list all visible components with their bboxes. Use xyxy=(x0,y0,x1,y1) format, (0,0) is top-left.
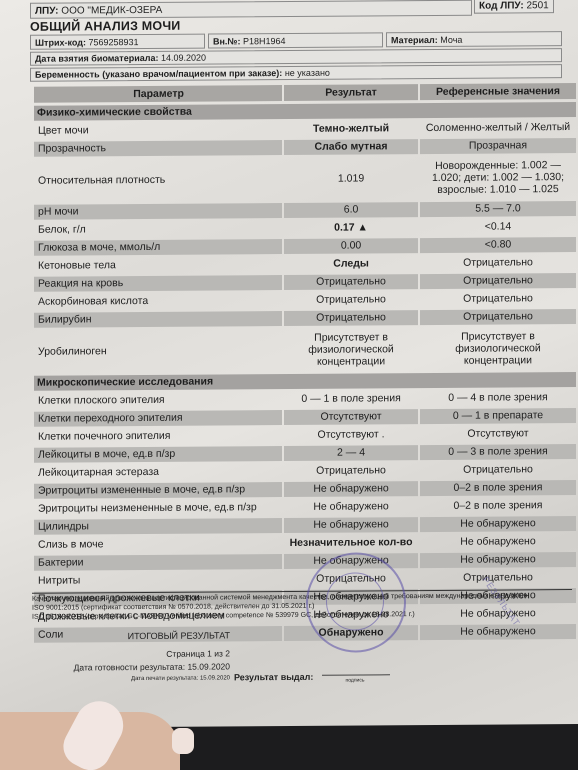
print-date: Дата печати результата: 15.09.2020 xyxy=(80,675,230,682)
pregnancy-value: не указано xyxy=(285,68,330,78)
reference-cell: 0 — 4 в поле зрения xyxy=(420,390,576,406)
table-row: Клетки плоского эпителия0 — 1 в поле зре… xyxy=(34,390,576,409)
table-row: Слизь в мочеНезначительное кол-воНе обна… xyxy=(34,534,576,553)
reference-cell: Отрицательно xyxy=(420,291,576,307)
material-label: Материал: xyxy=(391,35,438,45)
issued-by-label: Результат выдал: xyxy=(234,672,318,683)
lpu-value: ООО "МЕДИК-ОЗЕРА xyxy=(61,5,162,17)
result-cell: Отрицательно xyxy=(284,274,418,290)
reference-cell: Отрицательно xyxy=(420,462,576,478)
material-field: Материал: Моча xyxy=(386,31,562,47)
result-cell: Следы xyxy=(284,256,418,272)
parameter-cell: Цвет мочи xyxy=(34,122,282,139)
result-cell: 0 — 1 в поле зрения xyxy=(284,391,418,407)
sample-date-value: 14.09.2020 xyxy=(161,53,206,63)
table-row: Глюкоза в моче, ммоль/л0.00<0.80 xyxy=(34,237,576,256)
reference-cell: Не обнаружено xyxy=(420,624,576,640)
reference-cell: <0.80 xyxy=(420,237,576,253)
result-cell: Отрицательно xyxy=(284,292,418,308)
table-row: Эритроциты неизмененные в моче, ед.в п/з… xyxy=(34,498,576,517)
parameter-cell: Слизь в моче xyxy=(34,536,282,553)
round-seal-stamp xyxy=(306,552,406,653)
reference-cell: Отрицательно xyxy=(420,273,576,289)
table-header-row: ПараметрРезультатРеференсные значения xyxy=(34,83,576,103)
result-cell: Не обнаружено xyxy=(284,517,418,533)
parameter-cell: Билирубин xyxy=(34,311,282,328)
final-result-label: ИТОГОВЫЙ РЕЗУЛЬТАТ xyxy=(120,630,230,641)
page-number: Страница 1 из 2 xyxy=(120,648,230,659)
print-date-value: 15.09.2020 xyxy=(200,675,230,681)
sample-date-label: Дата взятия биоматериала: xyxy=(35,53,158,64)
document-title: ОБЩИЙ АНАЛИЗ МОЧИ xyxy=(30,19,180,34)
table-row: СолиОбнаруженоНе обнаружено xyxy=(34,624,576,643)
table-row: Цвет мочиТемно-желтыйСоломенно-желтый / … xyxy=(34,120,576,139)
lpu-code-label: Код ЛПУ: xyxy=(479,0,524,11)
material-value: Моча xyxy=(440,35,462,45)
result-cell: Отсутствуют . xyxy=(284,427,418,443)
reference-cell: Присутствует в физиологической концентра… xyxy=(420,327,576,370)
reference-cell: 0–2 в поле зрения xyxy=(420,498,576,514)
parameter-cell: Клетки плоского эпителия xyxy=(34,392,282,409)
reference-cell: 0–2 в поле зрения xyxy=(420,480,576,496)
result-cell: Незначительное кол-во xyxy=(284,535,418,551)
table-row: Реакция на кровьОтрицательноОтрицательно xyxy=(34,273,576,292)
result-cell: 1.019 xyxy=(284,157,418,200)
section-header-row: Физико-химические свойства xyxy=(34,102,576,121)
result-cell: 0.00 xyxy=(284,238,418,254)
result-cell: Слабо мутная xyxy=(284,139,418,155)
reference-cell: Отрицательно xyxy=(420,570,576,586)
reference-cell: Не обнаружено xyxy=(420,516,576,532)
parameter-cell: Нитриты xyxy=(34,572,282,589)
ready-date-value: 15.09.2020 xyxy=(187,661,230,671)
reference-cell: 5.5 — 7.0 xyxy=(420,201,576,217)
barcode-field: Штрих-код: 7569258931 xyxy=(30,34,205,50)
reference-cell: Отрицательно xyxy=(420,255,576,271)
parameter-cell: Реакция на кровь xyxy=(34,275,282,292)
parameter-cell: Прозрачность xyxy=(34,140,282,157)
column-header: Результат xyxy=(284,84,418,101)
parameter-cell: Белок, г/л xyxy=(34,221,282,238)
result-cell: Отсутствуют xyxy=(284,409,418,425)
reference-cell: <0.14 xyxy=(420,219,576,235)
reference-cell: Не обнаружено xyxy=(420,552,576,568)
barcode-value: 7569258931 xyxy=(88,37,138,47)
parameter-cell: Клетки переходного эпителия xyxy=(34,410,282,427)
parameter-cell: Клетки почечного эпителия xyxy=(34,428,282,445)
parameter-cell: pH мочи xyxy=(34,203,282,220)
table-row: Лейкоцитарная эстеразаОтрицательноОтрица… xyxy=(34,462,576,481)
parameter-cell: Цилиндры xyxy=(34,518,282,535)
parameter-cell: Кетоновые тела xyxy=(34,257,282,274)
result-cell: Отрицательно xyxy=(284,310,418,326)
lab-report-sheet: ЛПУ: ООО "МЕДИК-ОЗЕРА Код ЛПУ: 2501 ОБЩИ… xyxy=(0,0,578,728)
reference-cell: Не обнаружено xyxy=(420,534,576,550)
print-date-label: Дата печати результата: xyxy=(131,676,198,682)
section-title: Физико-химические свойства xyxy=(34,102,576,121)
parameter-cell: Эритроциты неизмененные в моче, ед.в п/з… xyxy=(34,500,282,517)
reference-cell: Новорожденные: 1.002 — 1.020; дети: 1.00… xyxy=(420,156,576,199)
table-row: Кетоновые телаСледыОтрицательно xyxy=(34,255,576,274)
table-row: Клетки переходного эпителияОтсутствуют0 … xyxy=(34,408,576,427)
sample-date-field: Дата взятия биоматериала: 14.09.2020 xyxy=(30,48,562,66)
results-table: ПараметрРезультатРеференсные значенияФиз… xyxy=(32,80,578,646)
reference-cell: Прозрачная xyxy=(420,138,576,154)
signature-line xyxy=(322,674,390,675)
result-cell: 6.0 xyxy=(284,202,418,218)
column-header: Параметр xyxy=(34,85,282,103)
table-row: БактерииНе обнаруженоНе обнаружено xyxy=(34,552,576,571)
pregnancy-field: Беременность (указано врачом/пациентом п… xyxy=(30,64,562,82)
table-row: ПрозрачностьСлабо мутнаяПрозрачная xyxy=(34,138,576,157)
reference-cell: Соломенно-желтый / Желтый xyxy=(420,120,576,136)
internal-number-value: P18H1964 xyxy=(243,36,286,46)
parameter-cell: Эритроциты измененные в моче, ед.в п/зр xyxy=(34,482,282,499)
lpu-code-value: 2501 xyxy=(527,0,549,11)
parameter-cell: Глюкоза в моче, ммоль/л xyxy=(34,239,282,256)
internal-number-field: Вн.№: P18H1964 xyxy=(208,32,383,48)
parameter-cell: Уробилиноген xyxy=(34,329,282,373)
table-row: pH мочи6.05.5 — 7.0 xyxy=(34,201,576,220)
pregnancy-label: Беременность (указано врачом/пациентом п… xyxy=(35,68,282,80)
table-row: Клетки почечного эпителияОтсутствуют .От… xyxy=(34,426,576,445)
table-row: Белок, г/л0.17 ▲<0.14 xyxy=(34,219,576,238)
result-cell: Отрицательно xyxy=(284,463,418,479)
table-row: УробилиногенПрисутствует в физиологическ… xyxy=(34,327,576,373)
signature-caption: подпись xyxy=(340,677,370,683)
table-row: Эритроциты измененные в моче, ед.в п/зрН… xyxy=(34,480,576,499)
result-cell: Присутствует в физиологической концентра… xyxy=(284,328,418,371)
result-cell: Не обнаружено xyxy=(284,481,418,497)
parameter-cell: Бактерии xyxy=(34,554,282,571)
result-cell: 0.17 ▲ xyxy=(284,220,418,236)
result-cell: Не обнаружено xyxy=(284,499,418,515)
reference-cell: Отсутствуют xyxy=(420,426,576,442)
parameter-cell: Лейкоцитарная эстераза xyxy=(34,464,282,481)
section-header-row: Микроскопические исследования xyxy=(34,372,576,391)
table-row: ЦилиндрыНе обнаруженоНе обнаружено xyxy=(34,516,576,535)
table-row: БилирубинОтрицательноОтрицательно xyxy=(34,309,576,328)
table-row: Относительная плотность1.019Новорожденны… xyxy=(34,156,576,202)
table-row: Аскорбиновая кислотаОтрицательноОтрицате… xyxy=(34,291,576,310)
lpu-label: ЛПУ: xyxy=(35,6,59,17)
reference-cell: 0 — 3 в поле зрения xyxy=(420,444,576,460)
table-row: Лейкоциты в моче, ед.в п/зр2 — 40 — 3 в … xyxy=(34,444,576,463)
ready-date: Дата готовности результата: 15.09.2020 xyxy=(60,661,230,672)
column-header: Референсные значения xyxy=(420,83,576,100)
barcode-label: Штрих-код: xyxy=(35,37,86,47)
finger-nail xyxy=(172,728,194,754)
parameter-cell: Относительная плотность xyxy=(34,158,282,202)
result-cell: Темно-желтый xyxy=(284,121,418,137)
parameter-cell: Лейкоциты в моче, ед.в п/зр xyxy=(34,446,282,463)
parameter-cell: Аскорбиновая кислота xyxy=(34,293,282,310)
reference-cell: 0 — 1 в препарате xyxy=(420,408,576,424)
result-cell: 2 — 4 xyxy=(284,445,418,461)
reference-cell: Отрицательно xyxy=(420,309,576,325)
internal-number-label: Вн.№: xyxy=(213,36,240,46)
ready-date-label: Дата готовности результата: xyxy=(74,662,185,673)
lpu-field: ЛПУ: ООО "МЕДИК-ОЗЕРА xyxy=(30,0,472,19)
lpu-code-field: Код ЛПУ: 2501 xyxy=(474,0,554,14)
section-title: Микроскопические исследования xyxy=(34,372,576,391)
